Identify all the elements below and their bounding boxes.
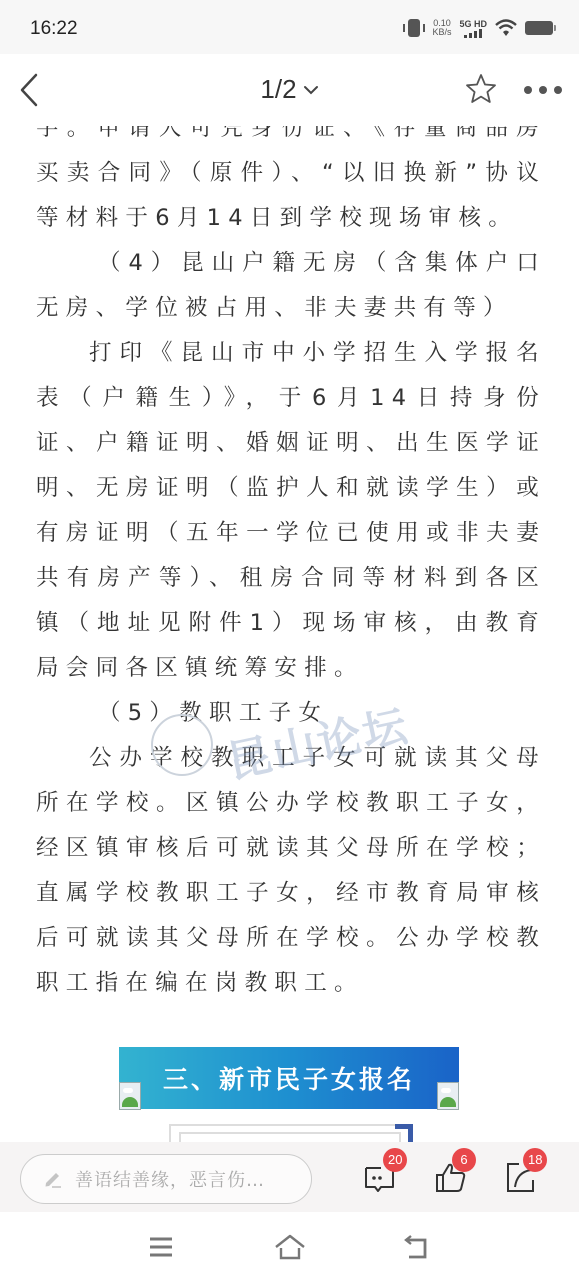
battery-icon [525,21,553,35]
article-content[interactable]: 字。申请人可凭身份证、《存量商品房买卖合同》（原件）、“以旧换新”协议等材料于6… [0,126,579,1142]
article-text: 字。申请人可凭身份证、《存量商品房买卖合同》（原件）、“以旧换新”协议等材料于6… [36,126,546,1006]
share-button[interactable]: 18 [505,1160,539,1194]
paragraph-heading: （4）昆山户籍无房（含集体户口无房、学位被占用、非夫妻共有等） [36,241,546,331]
star-icon[interactable] [464,72,498,106]
net-speed-unit: KB/s [432,28,451,37]
content-frame-inner [179,1132,401,1142]
status-icons: 0.10 KB/s 5G HD [408,17,553,39]
system-nav-bar [0,1212,579,1280]
shares-count-badge: 18 [523,1148,547,1172]
comments-button[interactable]: 20 [363,1160,397,1194]
status-time: 16:22 [30,18,78,40]
back-arrow-icon[interactable] [403,1234,431,1260]
more-dots-icon[interactable] [524,86,562,94]
home-icon[interactable] [274,1234,306,1260]
paragraph: 打印《昆山市中小学招生入学报名表（户籍生）》，于6月14日持身份证、户籍证明、婚… [36,331,546,691]
pencil-icon [43,1169,63,1189]
content-frame [169,1124,411,1142]
status-bar: 16:22 0.10 KB/s 5G HD [0,0,579,54]
broken-image-icon [119,1082,141,1110]
frame-corner-decoration [395,1124,413,1142]
section-title: 三、新市民子女报名 [163,1060,415,1096]
broken-image-icon [437,1082,459,1110]
paragraph-heading: （5）教职工子女 [36,691,546,736]
comments-count-badge: 20 [383,1148,407,1172]
likes-count-badge: 6 [452,1148,476,1172]
chevron-down-icon[interactable] [303,84,319,96]
comment-input[interactable]: 善语结善缘，恶言伤… [20,1154,312,1204]
net-speed: 0.10 KB/s [432,19,451,37]
menu-icon[interactable] [147,1234,175,1260]
network-label: 5G HD [459,19,487,29]
section-banner: 三、新市民子女报名 [119,1047,459,1109]
paragraph: 公办学校教职工子女可就读其父母所在学校。区镇公办学校教职工子女，经区镇审核后可就… [36,736,546,1006]
paragraph: 字。申请人可凭身份证、《存量商品房买卖合同》（原件）、“以旧换新”协议等材料于6… [36,126,546,241]
top-nav: 1/2 [0,54,579,126]
like-button[interactable]: 6 [434,1160,468,1194]
comment-bar: 善语结善缘，恶言伤… 20 6 18 [0,1142,579,1212]
page-indicator[interactable]: 1/2 [260,74,296,105]
wifi-icon [495,19,517,37]
signal-icon: 5G HD [459,19,487,38]
vibrate-icon [408,19,420,37]
comment-placeholder[interactable]: 善语结善缘，恶言伤… [75,1166,265,1192]
